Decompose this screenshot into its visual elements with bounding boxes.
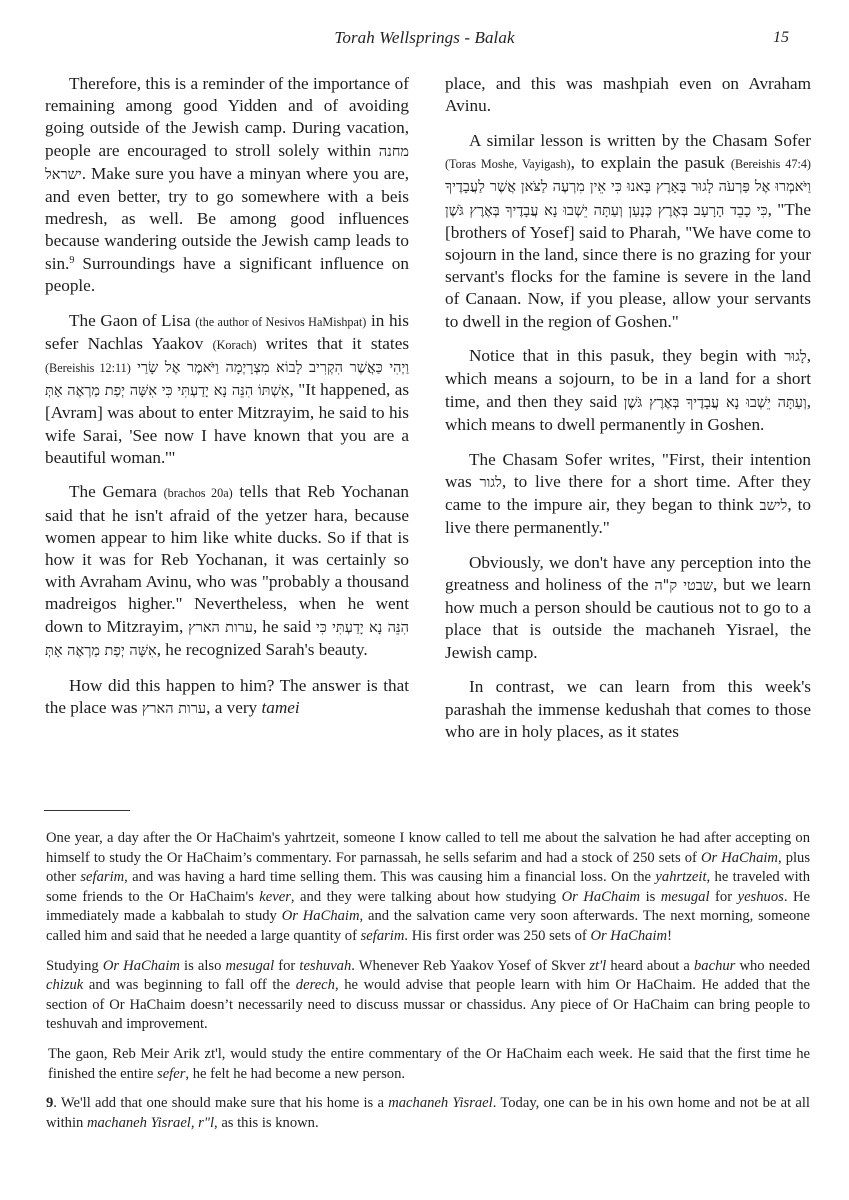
left-column: Therefore, this is a reminder of the imp… <box>45 73 409 732</box>
hebrew-verse: וַיֹּאמְרוּ אֶל פַּרְעֹה לָגוּר בָּאָרֶץ… <box>445 179 811 218</box>
footnote-paragraph: Studying Or HaChaim is also mesugal for … <box>46 957 810 1035</box>
source-citation: (Toras Moshe, Vayigash) <box>445 157 571 171</box>
page-number: 15 <box>773 29 789 47</box>
hebrew-verse: וְעַתָּה יֵשְׁבוּ נָא עֲבָדֶיךָ בְּאֶרֶץ… <box>624 395 807 411</box>
paragraph: A similar lesson is written by the Chasa… <box>445 130 811 333</box>
paragraph-continued: place, and this was mashpiah even on Avr… <box>445 73 811 117</box>
footnote-separator <box>44 810 130 811</box>
hebrew-text: לָגוּר <box>784 349 806 365</box>
paragraph: The Gemara (brachos 20a) tells that Reb … <box>45 481 409 662</box>
hebrew-text: ערות הארץ <box>188 620 253 636</box>
hebrew-text: לישב <box>759 498 787 514</box>
paragraph: In contrast, we can learn from this week… <box>445 676 811 743</box>
source-citation: (Bereishis 47:4) <box>731 157 811 171</box>
source-citation: (Bereishis 12:11) <box>45 361 131 375</box>
paragraph: Therefore, this is a reminder of the imp… <box>45 73 409 297</box>
source-citation: (Korach) <box>213 338 257 352</box>
footnote-paragraph: One year, a day after the Or HaChaim's y… <box>46 829 810 947</box>
right-column: place, and this was mashpiah even on Avr… <box>445 73 811 755</box>
hebrew-text: ערות הארץ <box>142 701 206 717</box>
source-citation: (the author of Nesivos HaMishpat) <box>195 315 366 329</box>
source-citation: (brachos 20a) <box>164 486 233 500</box>
paragraph: Obviously, we don't have any perception … <box>445 552 811 664</box>
paragraph: How did this happen to him? The answer i… <box>45 675 409 720</box>
running-title: Torah Wellsprings - Balak <box>0 28 849 48</box>
hebrew-text: לגור <box>479 475 501 491</box>
running-header: Torah Wellsprings - Balak 15 <box>0 28 849 52</box>
paragraph: The Chasam Sofer writes, "First, their i… <box>445 449 811 540</box>
hebrew-text: שבטי ק"ה <box>654 578 713 594</box>
footnotes: One year, a day after the Or HaChaim's y… <box>46 829 810 1143</box>
paragraph: The Gaon of Lisa (the author of Nesivos … <box>45 310 409 469</box>
footnote-9: 9. We'll add that one should make sure t… <box>46 1094 810 1133</box>
paragraph: Notice that in this pasuk, they begin wi… <box>445 345 811 436</box>
document-page: Torah Wellsprings - Balak 15 Therefore, … <box>0 0 849 1200</box>
footnote-paragraph: The gaon, Reb Meir Arik zt'l, would stud… <box>46 1045 810 1084</box>
